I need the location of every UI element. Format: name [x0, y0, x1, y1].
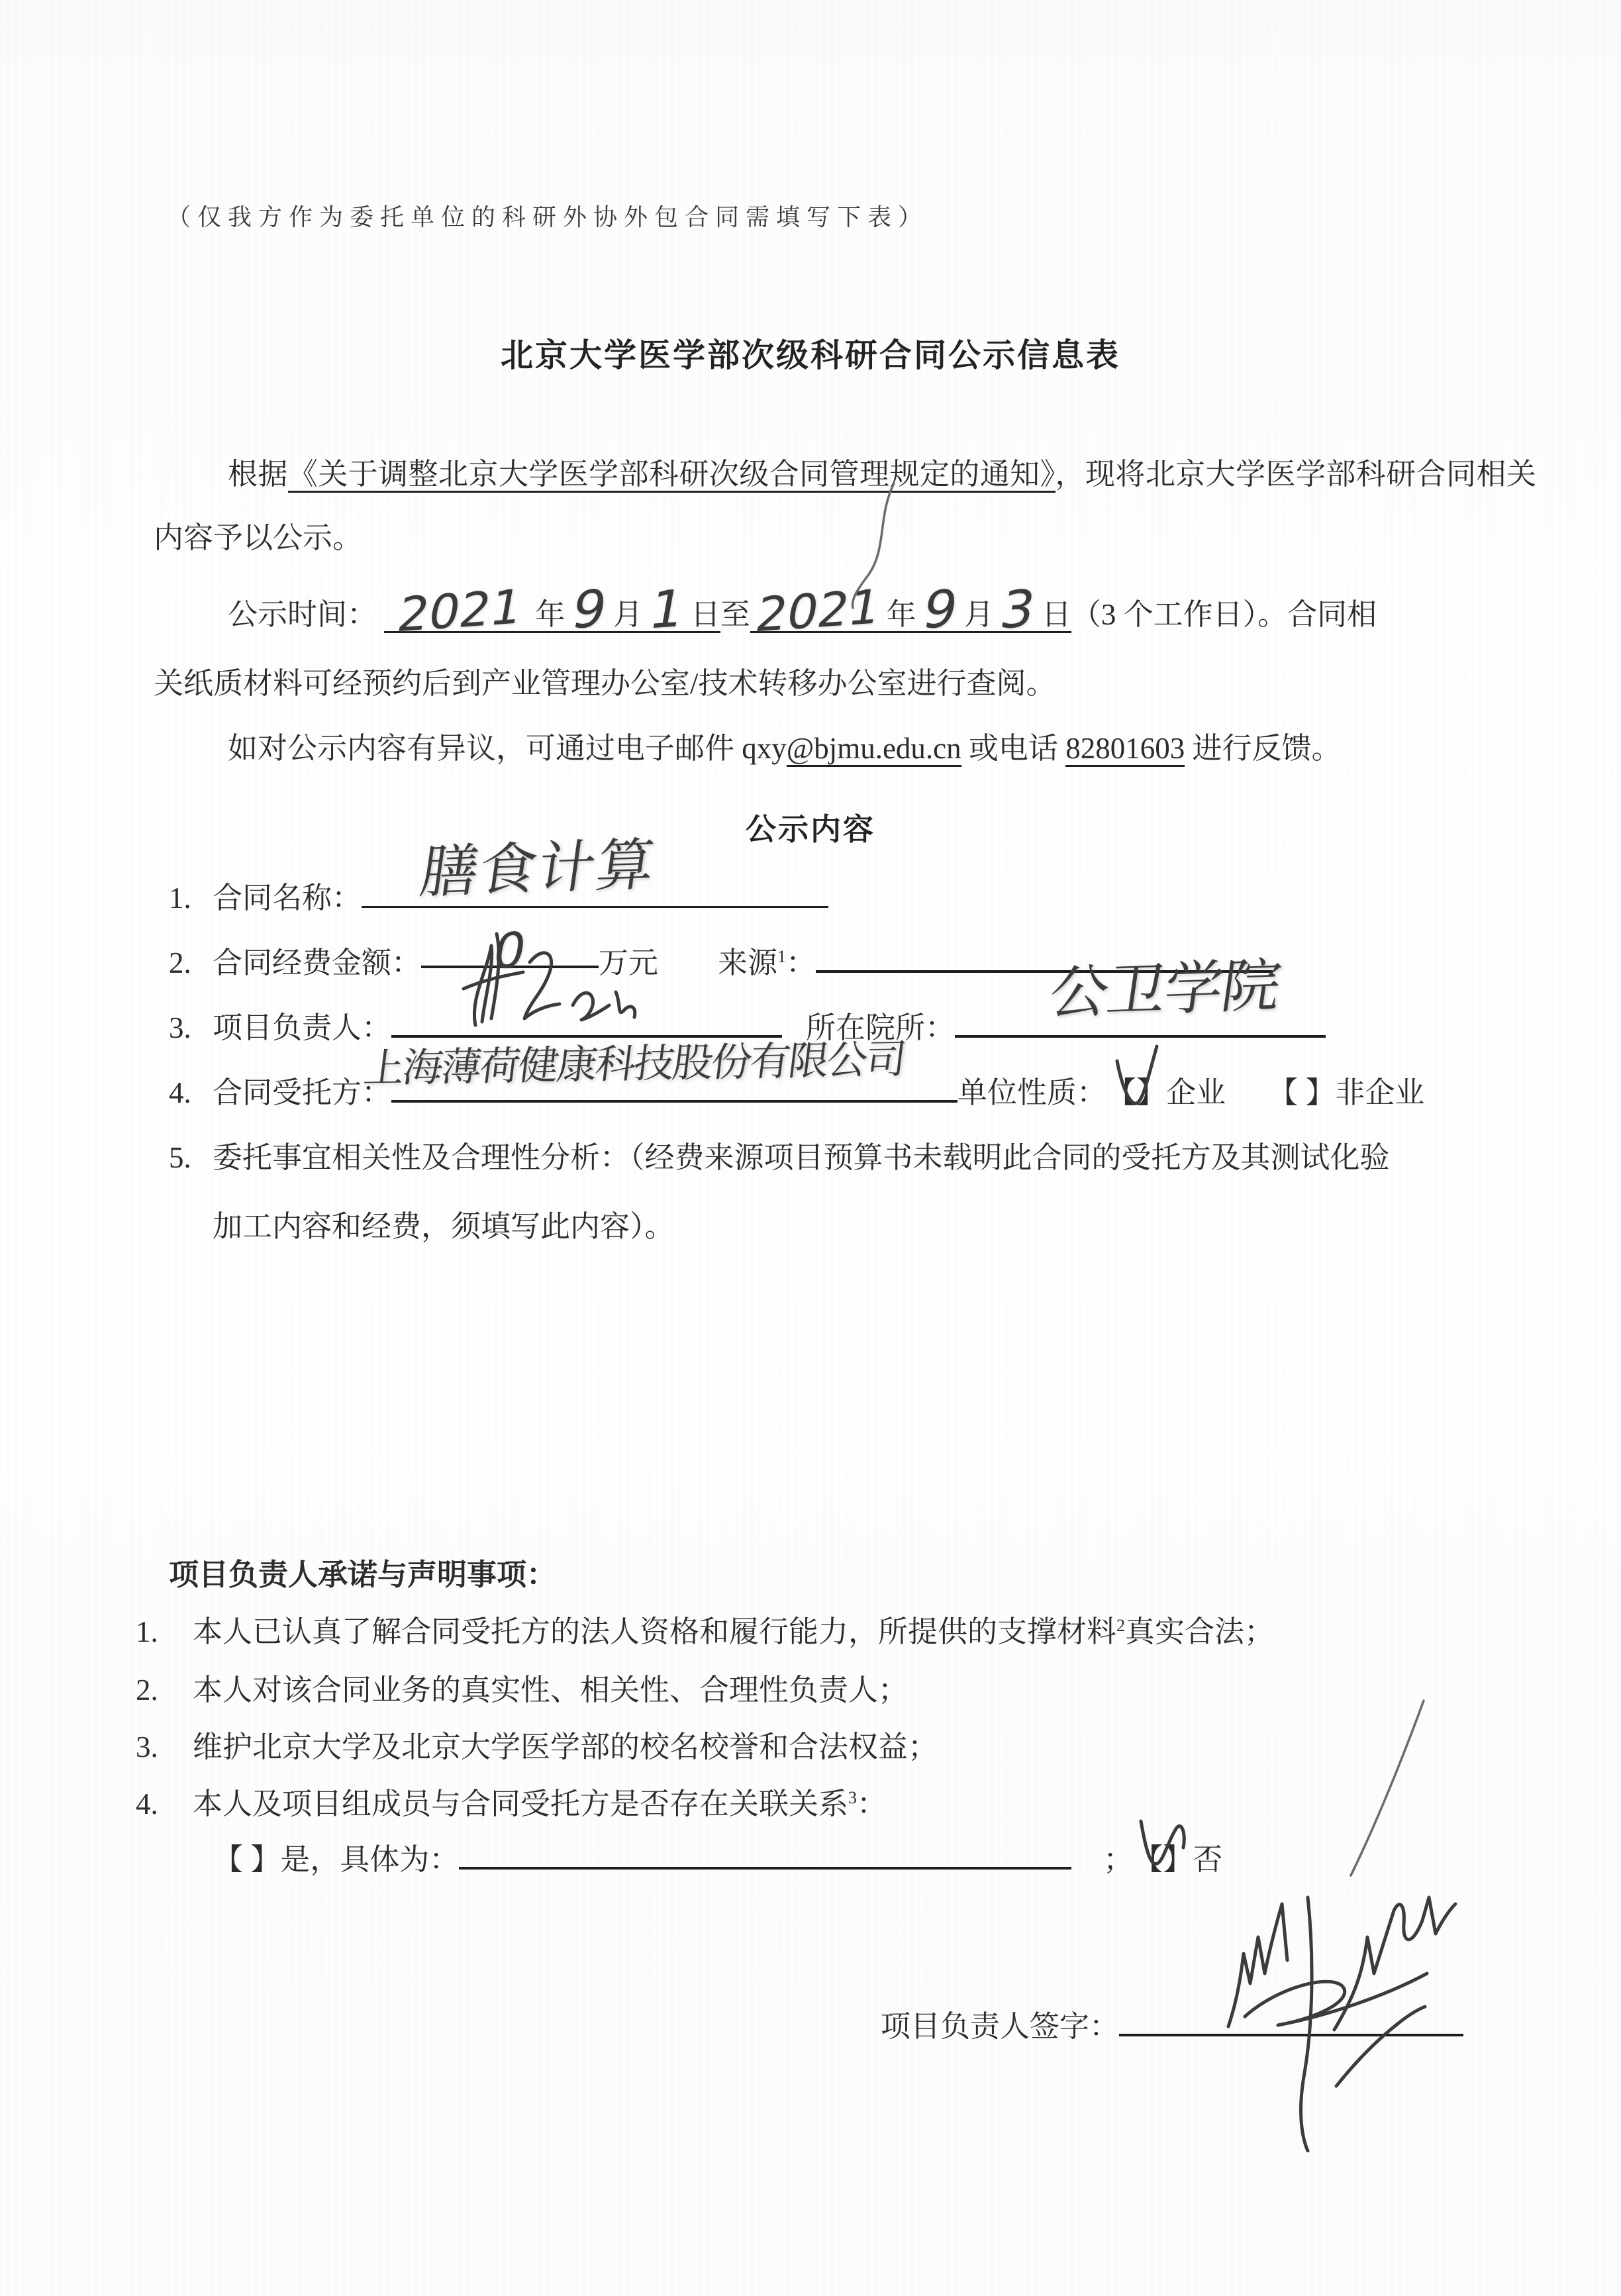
- no-bracket-close: 】: [1163, 1843, 1193, 1876]
- item-number: 3.: [136, 1715, 193, 1779]
- handwritten-end-month: 9: [923, 609, 956, 611]
- declaration-text: 本人对该合同业务的真实性、相关性、合理性负责人；: [193, 1673, 908, 1707]
- year-char: 年: [536, 598, 565, 631]
- item-analysis-line1: 5.委托事宜相关性及合理性分析：（经费来源项目预算书未载明此合同的受托方及其测试…: [169, 1126, 1390, 1189]
- declaration-item-3: 3.维护北京大学及北京大学医学部的校名校誉和合法权益；: [136, 1715, 938, 1779]
- scanned-form-page: （仅我方作为委托单位的科研外协外包合同需填写下表） 北京大学医学部次级科研合同公…: [0, 0, 1621, 2296]
- feedback-pre: 如对公示内容有异议，可通过电子邮件: [228, 732, 742, 765]
- pi-label: 项目负责人：: [213, 1011, 391, 1044]
- month-char: 月: [613, 598, 643, 631]
- intro-lead: 根据: [228, 458, 288, 491]
- handwritten-trustee-company: 上海薄荷健康科技股份有限公司: [361, 1028, 908, 1094]
- enterprise-label: 企业: [1166, 1076, 1226, 1109]
- yes-detail-blank: [459, 1832, 1071, 1870]
- feedback-line: 如对公示内容有异议，可通过电子邮件 qxy@bjmu.edu.cn 或电话 82…: [154, 717, 1341, 780]
- no-label: 否: [1193, 1843, 1222, 1876]
- declaration-item-4: 4.本人及项目组成员与合同受托方是否存在关联关系3：: [136, 1772, 887, 1836]
- phone-number: 82801603: [1065, 732, 1185, 767]
- bracket-close: 】: [1136, 1076, 1166, 1109]
- item-number: 2.: [136, 1658, 193, 1722]
- nature-label: 单位性质：: [958, 1076, 1106, 1109]
- source-colon: ：: [786, 946, 816, 979]
- page-title: 北京大学医学部次级科研合同公示信息表: [0, 330, 1621, 376]
- item-number: 2.: [169, 931, 213, 995]
- email-domain-underlined: @bjmu.edu.cn: [787, 732, 961, 767]
- top-note: （仅我方作为委托单位的科研外协外包合同需填写下表）: [167, 199, 928, 232]
- content-section-header: 公示内容: [0, 805, 1621, 849]
- item-number: 1.: [169, 866, 213, 930]
- bracket-open: 【: [1106, 1076, 1136, 1109]
- relation-yesno-line: 【 】是，具体为：；【】否: [213, 1828, 1222, 1891]
- publicity-period-label: 公示时间：: [228, 598, 377, 631]
- no-bracket-open: 【: [1133, 1843, 1163, 1876]
- handwritten-end-day: 3: [1001, 609, 1034, 611]
- to-char: 至: [720, 598, 750, 631]
- publicity-period-line: 公示时间： 2021 年 9 月 1 日至 2021 年 9 月 3 日（3 个…: [154, 583, 1377, 646]
- item-number: 3.: [169, 996, 213, 1060]
- declaration-item-1: 1.本人已认真了解合同受托方的法人资格和履行能力，所提供的支撑材料2真实合法；: [136, 1600, 1274, 1664]
- handwritten-institute: 公卫学院: [1045, 939, 1286, 1030]
- declaration-superscript: 3: [848, 1788, 857, 1807]
- feedback-post: 进行反馈。: [1185, 732, 1341, 765]
- month-char-2: 月: [964, 598, 994, 631]
- handwritten-start-day: 1: [650, 609, 683, 611]
- day-char: 日: [691, 598, 720, 631]
- handwritten-start-year: 2021: [398, 607, 521, 615]
- declaration-text-post: 真实合法；: [1125, 1615, 1274, 1648]
- yes-label: 是，具体为：: [280, 1843, 459, 1876]
- feedback-mid: 或电话: [961, 732, 1066, 765]
- handwritten-start-month: 9: [572, 609, 605, 611]
- publicity-period-wrap-line: 关纸质材料可经预约后到产业管理办公室/技术转移办公室进行查阅。: [154, 652, 1056, 715]
- handwritten-contract-name: 膳食计算: [416, 819, 662, 909]
- declaration-item-2: 2.本人对该合同业务的真实性、相关性、合理性负责人；: [136, 1658, 908, 1722]
- source-superscript: 1: [777, 947, 786, 966]
- declaration-text: 本人及项目组成员与合同受托方是否存在关联关系: [193, 1787, 848, 1821]
- yes-bracket: 【 】: [213, 1843, 280, 1876]
- publicity-end-group: 2021 年 9 月 3 日: [750, 598, 1071, 633]
- non-enterprise-option: 【 】非企业: [1268, 1076, 1424, 1109]
- signature-label: 项目负责人签字：: [881, 2010, 1119, 2043]
- item-analysis-line2: 加工内容和经费，须填写此内容）。: [213, 1195, 675, 1258]
- declaration-header: 项目负责人承诺与声明事项：: [169, 1543, 556, 1607]
- declaration-text-post: ：: [857, 1787, 887, 1821]
- publicity-start-group: 2021 年 9 月 1 日: [384, 598, 720, 633]
- item-number: 5.: [169, 1126, 213, 1189]
- declaration-superscript: 2: [1116, 1616, 1125, 1635]
- pi-signature-scribble: [1165, 1874, 1470, 2152]
- enterprise-option: 【】企业: [1106, 1061, 1226, 1124]
- email-user: qxy: [742, 732, 787, 765]
- item-number: 4.: [136, 1772, 193, 1836]
- contract-name-label: 合同名称：: [213, 881, 362, 915]
- declaration-text: 维护北京大学及北京大学医学部的校名校誉和合法权益；: [193, 1730, 938, 1764]
- item-number: 4.: [169, 1061, 213, 1124]
- item-number: 1.: [136, 1600, 193, 1664]
- notice-title-underlined: 《关于调整北京大学医学部科研次级合同管理规定的通知》: [288, 458, 1056, 493]
- source-label: 来源: [718, 946, 777, 979]
- day-char-2: 日: [1042, 598, 1071, 631]
- separator: ；: [1103, 1843, 1133, 1876]
- publicity-period-tail: （3 个工作日）。合同相: [1071, 598, 1377, 631]
- amount-label: 合同经费金额：: [213, 946, 421, 979]
- stray-pen-stroke: [1331, 1695, 1437, 1881]
- analysis-line1: 委托事宜相关性及合理性分析：（经费来源项目预算书未载明此合同的受托方及其测试化验: [213, 1141, 1390, 1174]
- declaration-text: 本人已认真了解合同受托方的法人资格和履行能力，所提供的支撑材料: [193, 1615, 1116, 1648]
- handwriting-flourish: [814, 477, 907, 609]
